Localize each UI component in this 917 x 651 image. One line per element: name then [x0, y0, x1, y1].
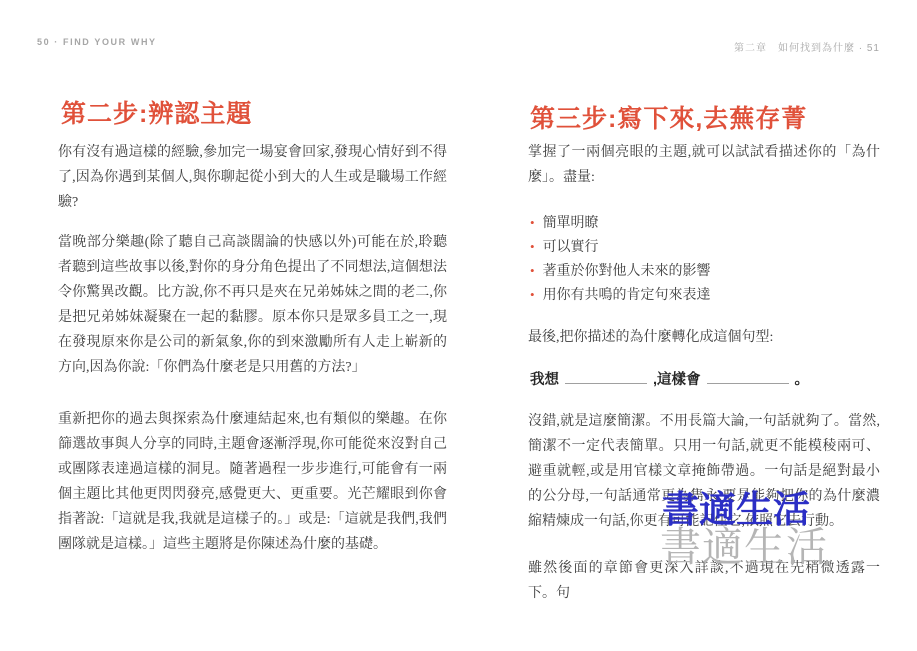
bullet-label: 用你有共鳴的肯定句來表達	[543, 284, 711, 307]
bullet-item: • 著重於你對他人未來的影響	[530, 259, 711, 283]
paragraph: 雖然後面的章節會更深入詳談,不過現在先稍微透露一下。句	[528, 556, 880, 606]
running-head-left: 50 · FIND YOUR WHY	[37, 37, 157, 47]
bullet-list: • 簡單明瞭 • 可以實行 • 著重於你對他人未來的影響 • 用你有共鳴的肯定句…	[530, 211, 711, 307]
bullet-dot-icon: •	[530, 211, 535, 234]
bullet-label: 著重於你對他人未來的影響	[543, 260, 711, 283]
bullet-item: • 用你有共鳴的肯定句來表達	[530, 283, 711, 307]
paragraph: 你有沒有過這樣的經驗,參加完一場宴會回家,發現心情好到不得了,因為你遇到某個人,…	[58, 140, 447, 215]
section-title-step3: 第三步:寫下來,去蕪存菁	[530, 99, 807, 135]
template-lead: 我想	[530, 372, 559, 388]
bullet-item: • 簡單明瞭	[530, 211, 711, 235]
bullet-dot-icon: •	[530, 235, 535, 258]
running-head-right: 第二章 如何找到為什麼 · 51	[528, 39, 880, 54]
paragraph: 掌握了一兩個亮眼的主題,就可以試試看描述你的「為什麼」。盡量:	[528, 140, 880, 190]
blank-line	[707, 370, 789, 384]
template-period: 。	[795, 372, 810, 388]
paragraph: 最後,把你描述的為什麼轉化成這個句型:	[528, 325, 880, 350]
bullet-dot-icon: •	[530, 283, 535, 306]
paragraph: 沒錯,就是這麼簡潔。不用長篇大論,一句話就夠了。當然,簡潔不一定代表簡單。只用一…	[528, 409, 880, 534]
book-spread: 50 · FIND YOUR WHY 第二步:辨認主題 你有沒有過這樣的經驗,參…	[0, 0, 917, 651]
bullet-label: 可以實行	[543, 236, 599, 259]
template-middle: ,這樣會	[653, 372, 701, 388]
bullet-dot-icon: •	[530, 259, 535, 282]
paragraph: 重新把你的過去與探索為什麼連結起來,也有類似的樂趣。在你篩選故事與人分享的同時,…	[58, 407, 447, 557]
section-title-step2: 第二步:辨認主題	[61, 94, 252, 130]
why-template-sentence: 我想,這樣會。	[530, 370, 809, 390]
paragraph: 當晚部分樂趣(除了聽自己高談闊論的快感以外)可能在於,聆聽者聽到這些故事以後,對…	[58, 230, 447, 380]
bullet-item: • 可以實行	[530, 235, 711, 259]
blank-line	[565, 370, 647, 384]
bullet-label: 簡單明瞭	[543, 212, 599, 235]
